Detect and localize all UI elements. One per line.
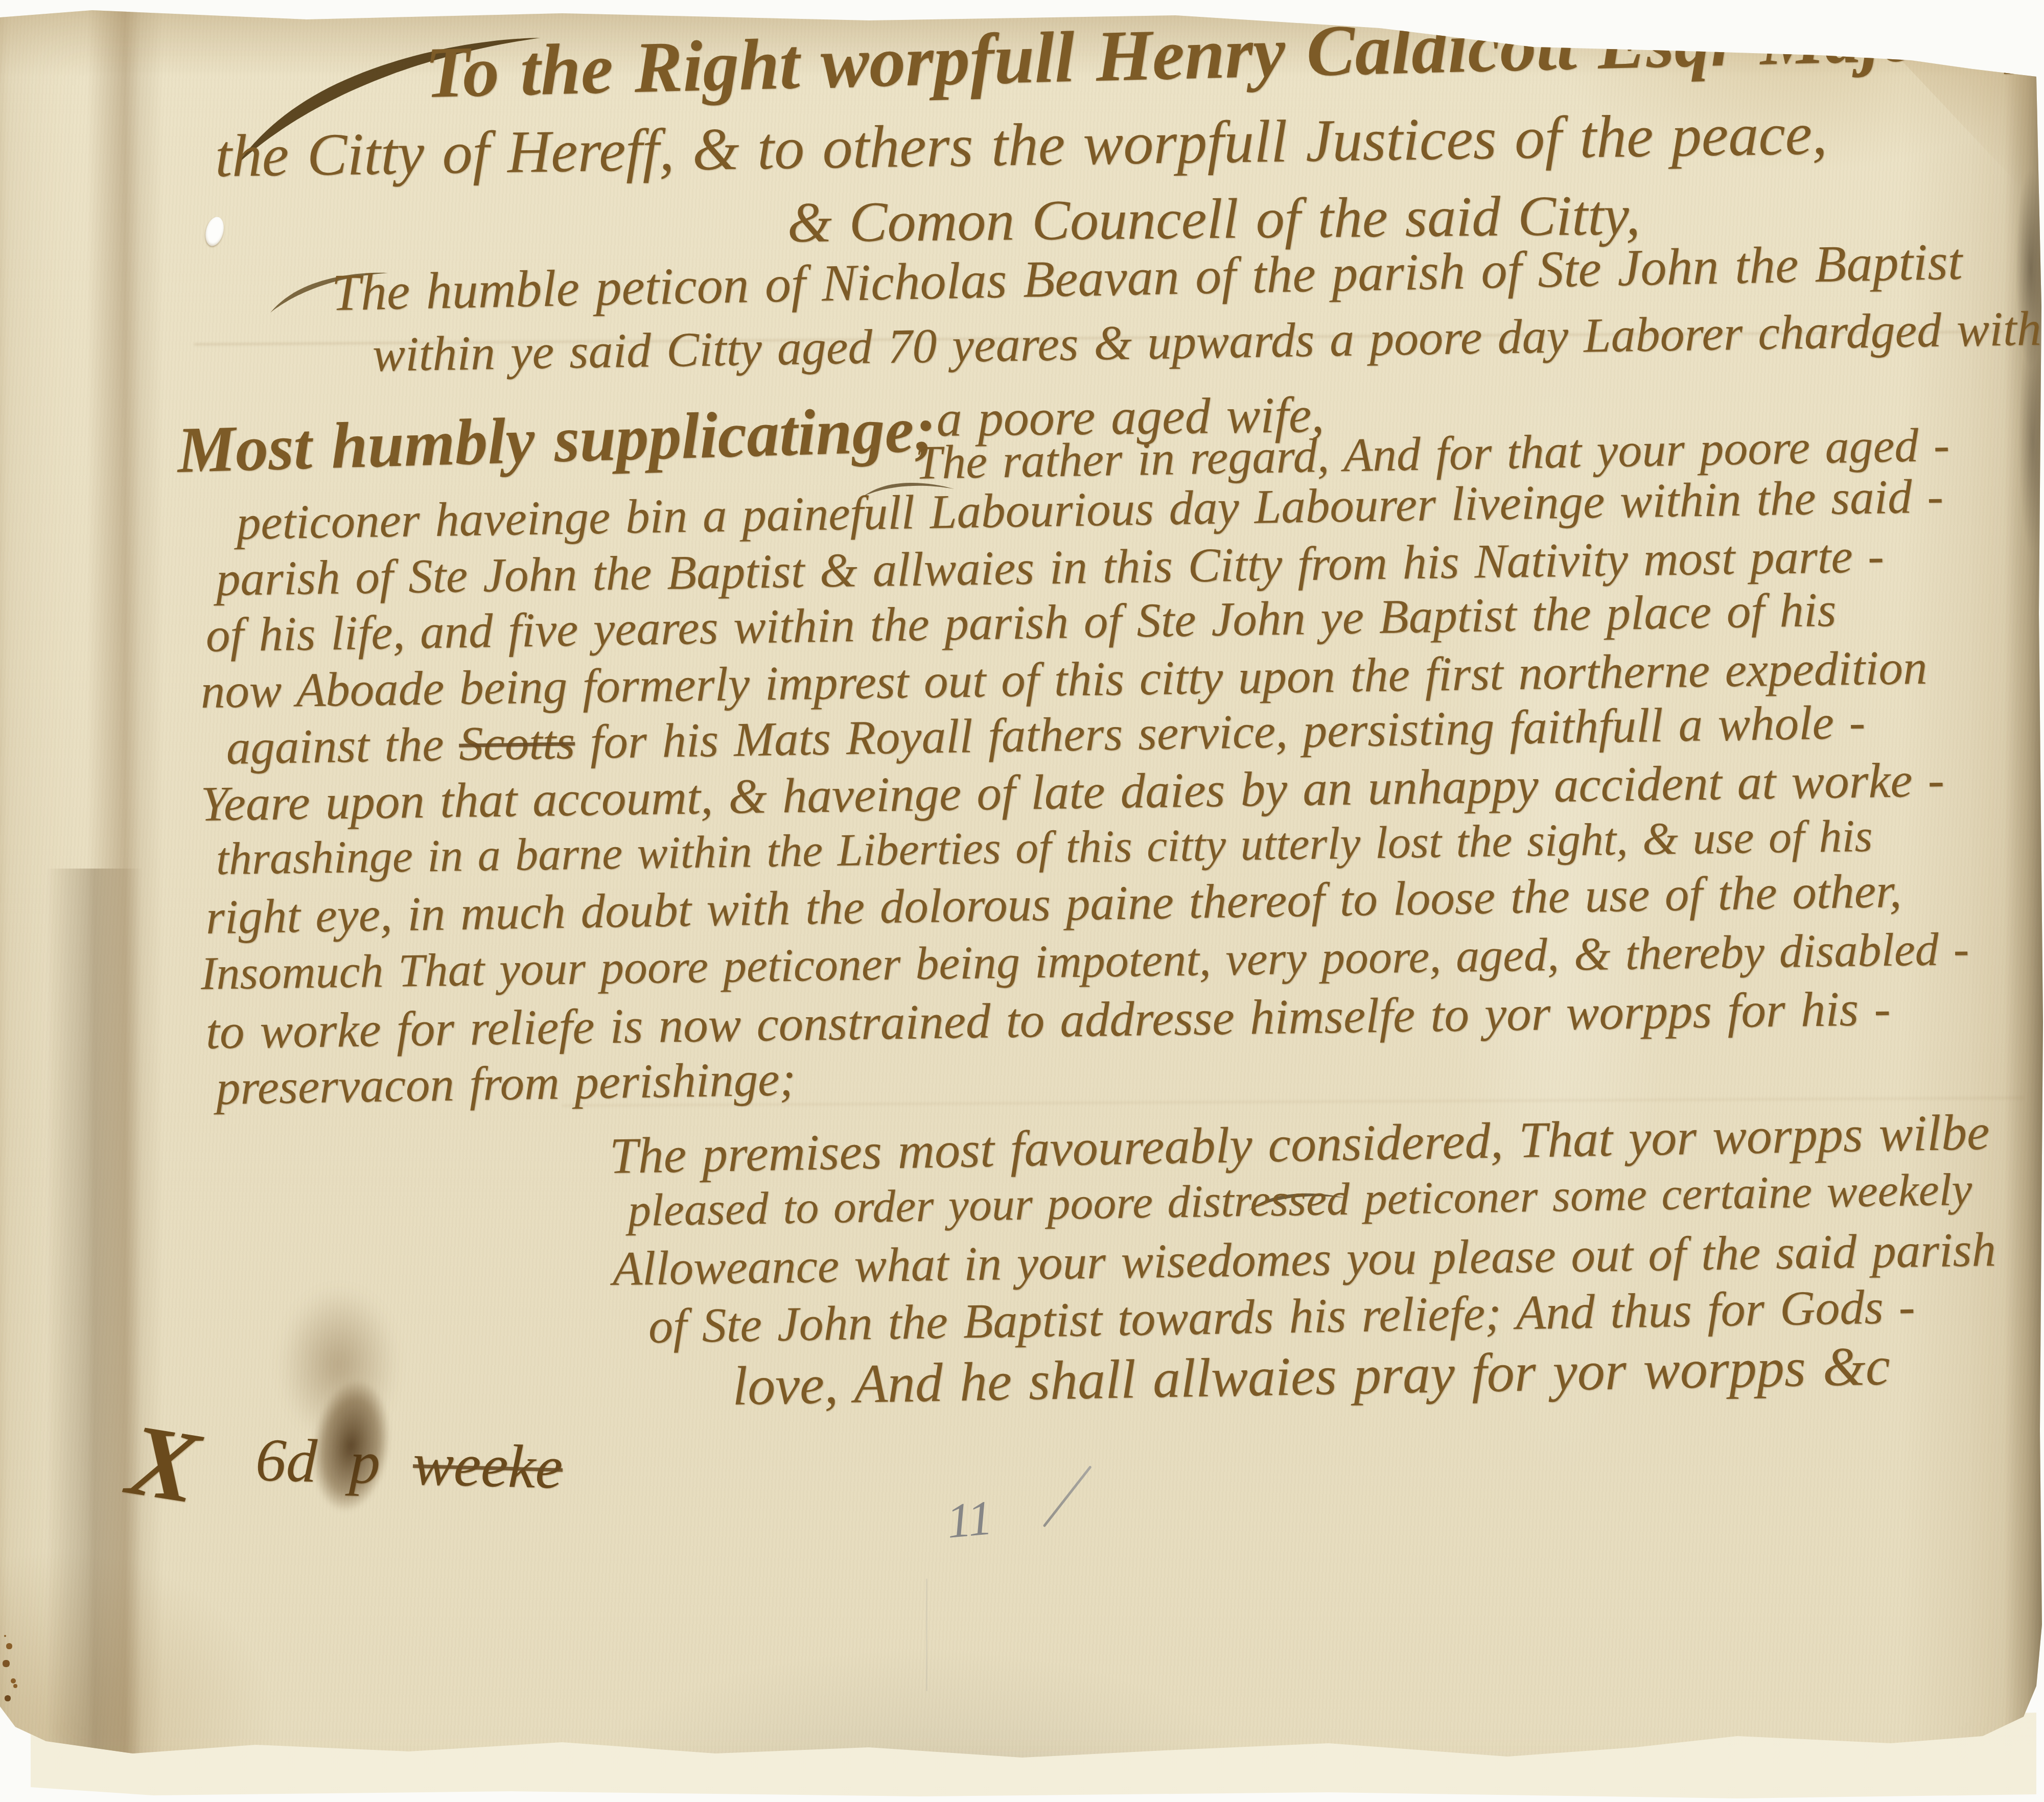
- body-line-6-pre: against the: [226, 717, 459, 775]
- paper-tear-spot: [202, 215, 226, 248]
- award-amount: 6d: [254, 1425, 317, 1495]
- award-note: 6d p weeke: [254, 1424, 564, 1503]
- heading-line-1: To the Right worpfull Henry Caldicott Es…: [424, 0, 2028, 114]
- award-period-word: weeke: [412, 1430, 563, 1502]
- pencil-scratch: [926, 1579, 927, 1691]
- ink-specks: [4, 1635, 6, 1637]
- manuscript-paper: To the Right worpfull Henry Caldicott Es…: [0, 0, 2044, 1802]
- scanned-manuscript-petition: To the Right worpfull Henry Caldicott Es…: [0, 0, 2044, 1802]
- pencil-tick-mark: [1043, 1465, 1092, 1527]
- body-line-12: preservacon from perishinge;: [216, 1050, 796, 1116]
- pencil-number: 11: [944, 1489, 994, 1549]
- award-cross-mark: X: [121, 1401, 206, 1527]
- body-opening-large: Most humbly supplicatinge;: [176, 392, 937, 488]
- body-line-6-struck-word: Scotts: [458, 715, 575, 771]
- right-leaf-edge: [2004, 28, 2044, 1745]
